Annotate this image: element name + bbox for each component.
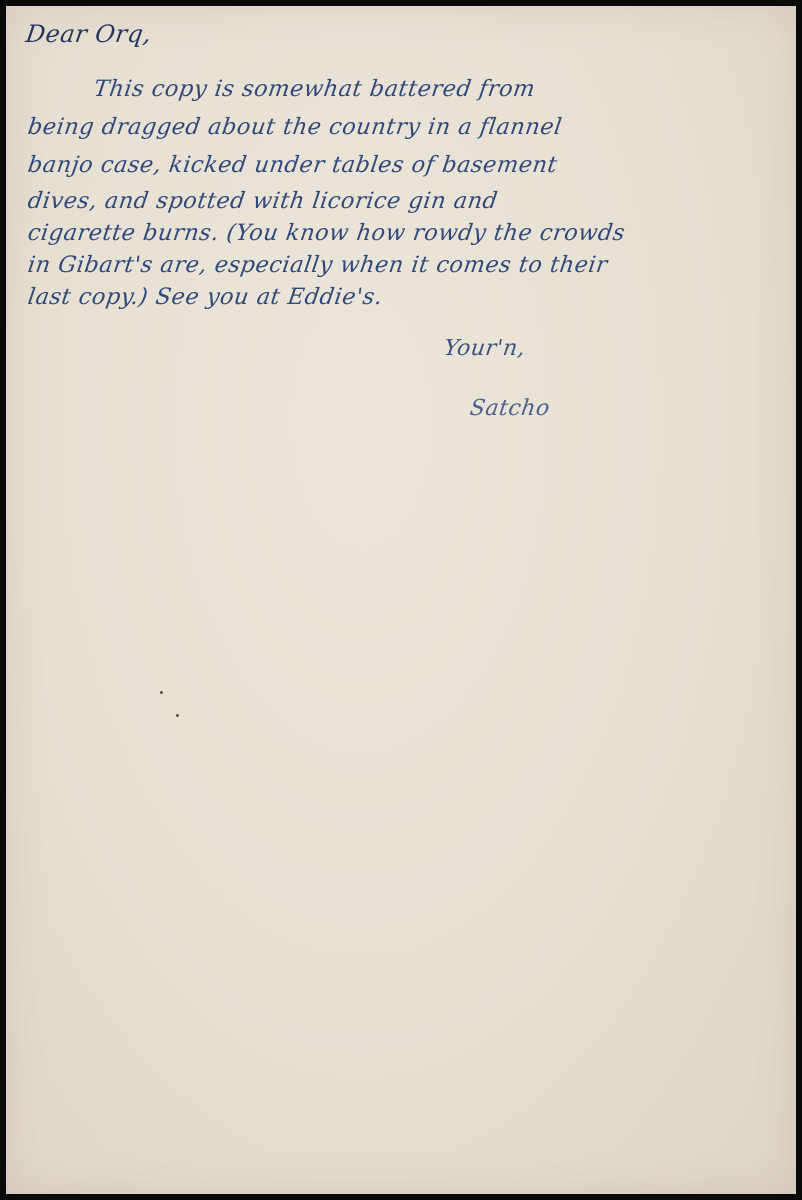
letter-closing: Your'n, (442, 336, 527, 361)
paper-speck (176, 714, 179, 717)
letter-body-line: last copy.) See you at Eddie's. (26, 284, 384, 310)
letter-body-line: banjo case, kicked under tables of basem… (26, 152, 559, 178)
letter-body-line: dives, and spotted with licorice gin and (26, 188, 499, 214)
letter-page: Dear Orq, This copy is somewhat battered… (6, 6, 796, 1194)
letter-salutation: Dear Orq, (24, 20, 153, 48)
letter-body-line: being dragged about the country in a fla… (26, 114, 564, 140)
scan-frame: Dear Orq, This copy is somewhat battered… (0, 0, 802, 1200)
letter-body-line: This copy is somewhat battered from (92, 76, 537, 102)
letter-body-line: cigarette burns. (You know how rowdy the… (26, 220, 627, 246)
letter-body-line: in Gibart's are, especially when it come… (26, 252, 609, 278)
letter-signature: Satcho (468, 396, 551, 421)
paper-speck (160, 691, 163, 694)
